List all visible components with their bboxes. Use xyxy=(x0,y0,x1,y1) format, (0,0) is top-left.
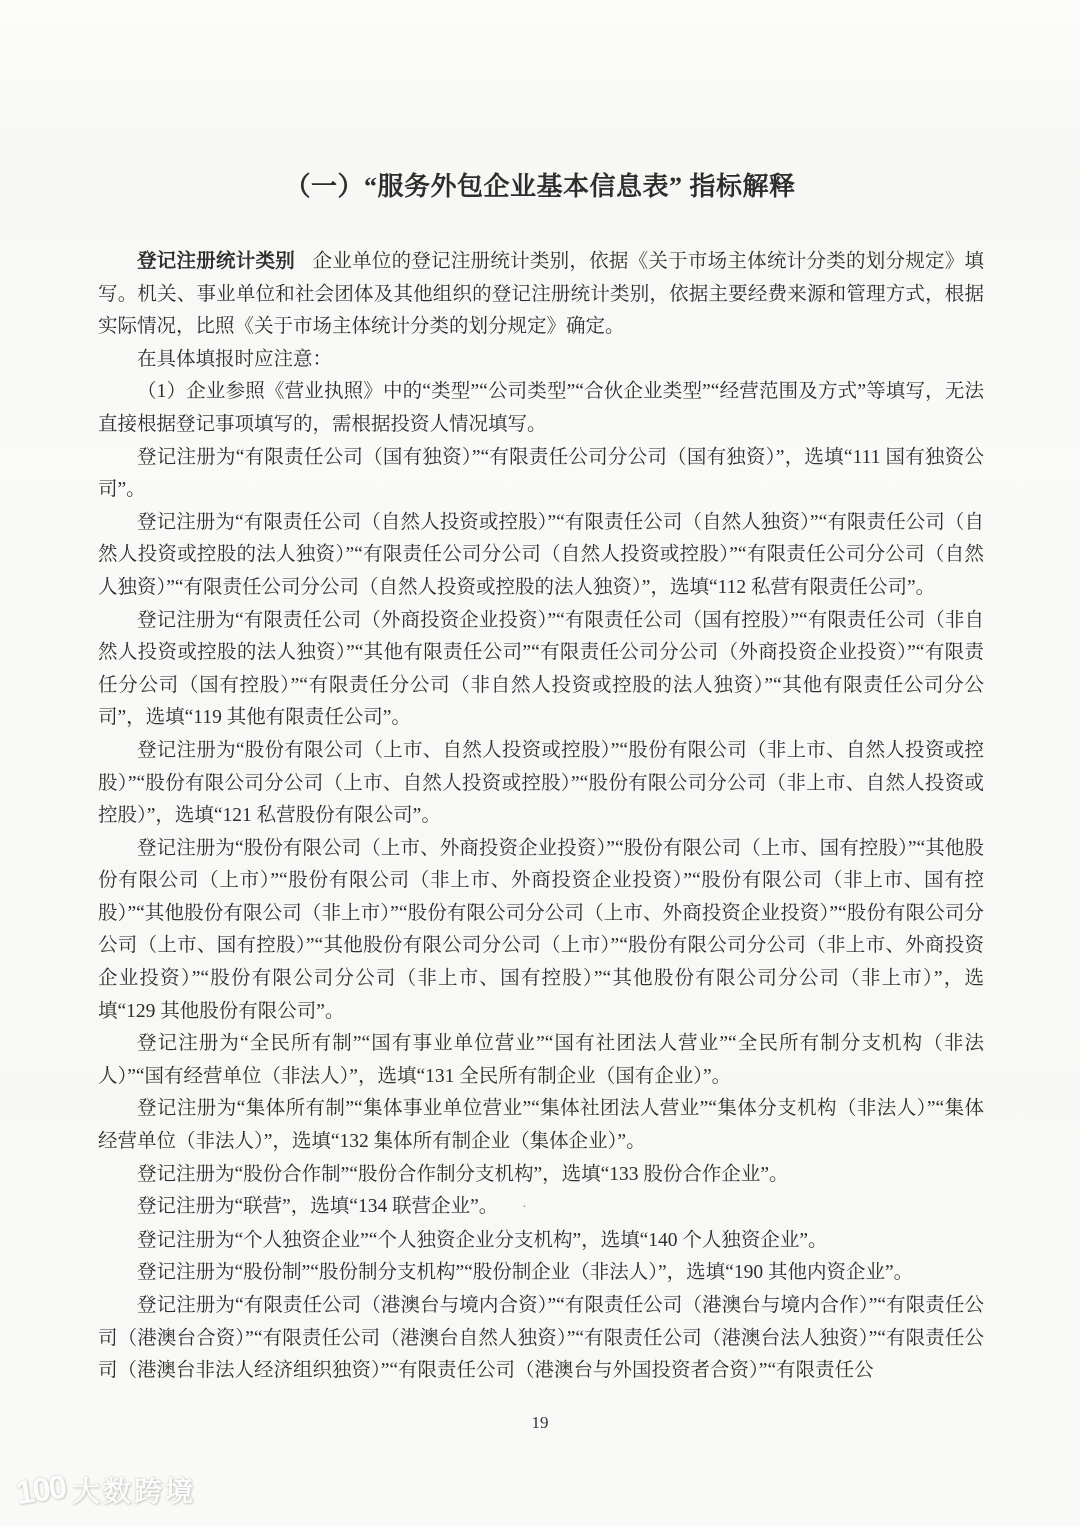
para-item-190: 登记注册为“股份制”“股份制分支机构”“股份制企业（非法人）”，选填“190 其… xyxy=(98,1257,984,1290)
para-item-111: 登记注册为“有限责任公司（国有独资）”“有限责任公司分公司（国有独资）”，选填“… xyxy=(98,442,984,507)
para-item-129: 登记注册为“股份有限公司（上市、外商投资企业投资）”“股份有限公司（上市、国有控… xyxy=(98,833,984,1029)
para-item-134-text: 登记注册为“联营”，选填“134 联营企业”。 xyxy=(137,1196,489,1217)
para-item-112: 登记注册为“有限责任公司（自然人投资或控股）”“有限责任公司（自然人独资）”“有… xyxy=(98,507,984,605)
page-number: 19 xyxy=(0,1413,1080,1433)
para-item-hmt: 登记注册为“有限责任公司（港澳台与境内合资）”“有限责任公司（港澳台与境内合作）… xyxy=(98,1290,984,1388)
document-body: 登记注册统计类别企业单位的登记注册统计类别，依据《关于市场主体统计分类的划分规定… xyxy=(98,246,984,1388)
para-item-119: 登记注册为“有限责任公司（外商投资企业投资）”“有限责任公司（国有控股）”“有限… xyxy=(98,605,984,735)
para-registration-category-lead: 登记注册统计类别 xyxy=(137,251,295,272)
para-item-133: 登记注册为“股份合作制”“股份合作制分支机构”，选填“133 股份合作企业”。 xyxy=(98,1159,984,1192)
scan-artifact-dot: · xyxy=(489,1200,527,1215)
page-title: （一）“服务外包企业基本信息表” 指标解释 xyxy=(0,166,1080,203)
para-item-140: 登记注册为“个人独资企业”“个人独资企业分支机构”，选填“140 个人独资企业”… xyxy=(98,1225,984,1258)
para-item-134: 登记注册为“联营”，选填“134 联营企业”。· xyxy=(98,1191,984,1225)
para-item-121: 登记注册为“股份有限公司（上市、自然人投资或控股）”“股份有限公司（非上市、自然… xyxy=(98,735,984,833)
para-note-1: （1）企业参照《营业执照》中的“类型”“公司类型”“合伙企业类型”“经营范围及方… xyxy=(98,376,984,441)
para-note-heading: 在具体填报时应注意： xyxy=(98,344,984,377)
document-page: （一）“服务外包企业基本信息表” 指标解释 登记注册统计类别企业单位的登记注册统… xyxy=(0,0,1080,1526)
para-item-131: 登记注册为“全民所有制”“国有事业单位营业”“国有社团法人营业”“全民所有制分支… xyxy=(98,1028,984,1093)
watermark-logo-icon: 100 xyxy=(14,1468,68,1512)
watermark: 100 大数跨境 xyxy=(16,1470,196,1510)
watermark-text: 大数跨境 xyxy=(72,1470,196,1510)
para-item-132: 登记注册为“集体所有制”“集体事业单位营业”“集体社团法人营业”“集体分支机构（… xyxy=(98,1093,984,1158)
para-registration-category: 登记注册统计类别企业单位的登记注册统计类别，依据《关于市场主体统计分类的划分规定… xyxy=(98,246,984,344)
